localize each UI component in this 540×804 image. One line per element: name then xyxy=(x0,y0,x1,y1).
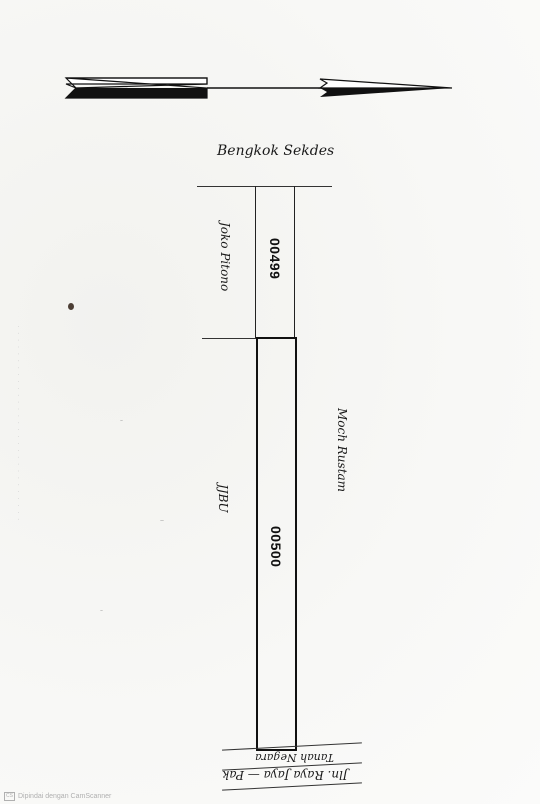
label-west-lower: JJBU xyxy=(216,484,230,513)
label-west-upper: Joko Pitono xyxy=(218,222,232,291)
scanner-footer: CS Dipindai dengan CamScanner xyxy=(4,792,111,801)
paper-speck xyxy=(120,420,123,421)
camscanner-icon: CS xyxy=(4,792,15,801)
paper-speck xyxy=(160,520,164,521)
label-east: Moch Rustam xyxy=(335,408,349,492)
label-south-road: Jln. Raya Jaya — Pak xyxy=(222,768,348,782)
label-north-boundary: Bengkok Sekdes xyxy=(217,143,334,159)
parcel-00499: 00499 xyxy=(255,186,295,339)
parcel-id: 00499 xyxy=(267,238,283,279)
parcel-00500: 00500 xyxy=(256,337,297,751)
parcel-id: 00500 xyxy=(268,526,284,567)
bleed-through-text: · · · · · · · · · · · · · · · · · · · · … xyxy=(14,325,23,522)
scanner-footer-text: Dipindai dengan CamScanner xyxy=(18,793,111,800)
paper-speck xyxy=(100,610,103,611)
north-arrow-icon xyxy=(62,74,457,104)
paper-speck xyxy=(68,303,74,310)
boundary-line-west-split xyxy=(202,338,257,339)
label-south-state-land: Tanah Negara xyxy=(255,751,334,764)
